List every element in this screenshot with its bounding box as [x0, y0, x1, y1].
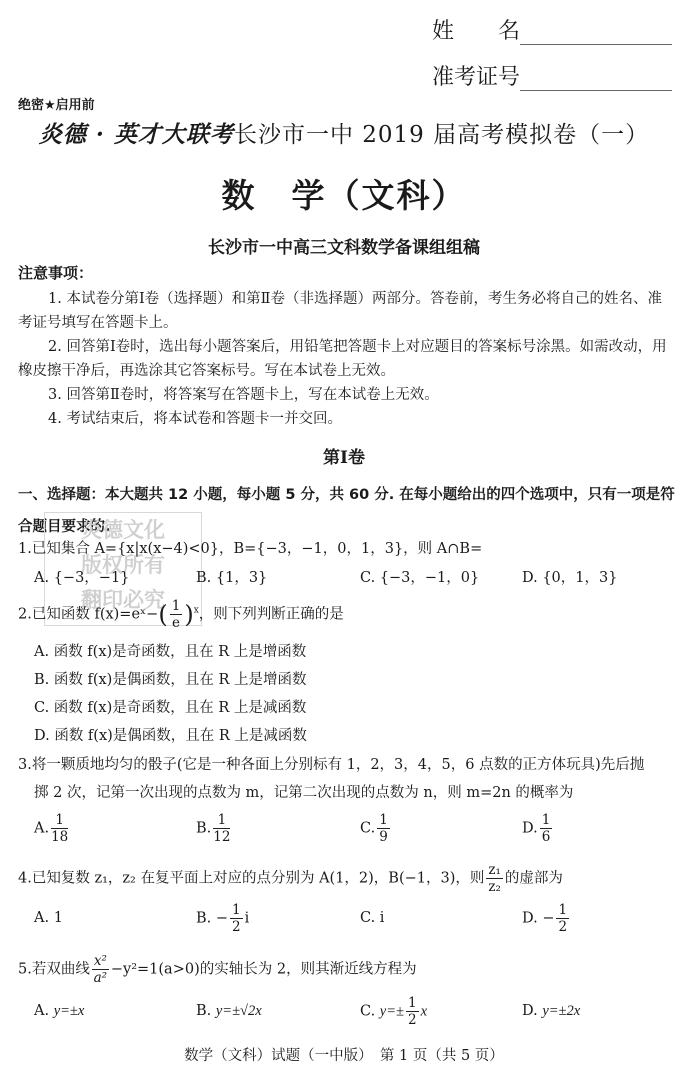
q1-option-b[interactable]: B. {1，3} [196, 566, 267, 587]
q2-option-a[interactable]: A. 函数 f(x)是奇函数，且在 R 上是增函数 [34, 640, 306, 661]
exam-title: 炎德 · 英才大联考长沙市一中 2019 届高考模拟卷（一） [0, 116, 688, 149]
fraction: 118 [51, 812, 68, 845]
numerator: x² [92, 953, 109, 970]
numerator: 1 [377, 812, 390, 829]
notice-heading: 注意事项： [18, 262, 93, 283]
numerator: 1 [170, 598, 183, 615]
denominator: a² [92, 970, 109, 986]
question-number: 3. [18, 757, 32, 773]
numerator: 1 [51, 812, 68, 829]
q2-option-d[interactable]: D. 函数 f(x)是偶函数，且在 R 上是减函数 [34, 724, 307, 745]
volume-label: 第Ⅰ卷 [0, 443, 688, 468]
q5-option-a[interactable]: A. y=±x [34, 1003, 84, 1020]
option-text: 1 [54, 910, 63, 926]
subject-title: 数 学（文科） [0, 170, 688, 217]
numerator: 1 [540, 812, 553, 829]
notice-item-3: 3. 回答第Ⅱ卷时，将答案写在答题卡上，写在本试卷上无效。 [48, 383, 439, 407]
option-suffix: i [245, 911, 250, 927]
denominator: 2 [556, 919, 569, 935]
question-stem-pre: 已知复数 z₁，z₂ 在复平面上对应的点分别为 A(1，2)，B(−1，3)，则 [32, 871, 485, 887]
denominator: e [170, 615, 183, 631]
q3-option-c[interactable]: C.19 [360, 812, 392, 845]
denominator: 6 [540, 829, 553, 845]
question-number: 4. [18, 871, 32, 887]
denominator: 9 [377, 829, 390, 845]
fraction: 19 [377, 812, 390, 845]
question-3-line-2: 掷 2 次，记第一次出现的点数为 m，记第二次出现的点数为 n，则 m=2n 的… [34, 781, 573, 802]
exam-id-field[interactable]: 准考证号 [432, 60, 672, 91]
question-3: 3.将一颗质地均匀的骰子(它是一种各面上分别标有 1，2，3，4，5，6 点数的… [18, 753, 644, 774]
numerator: 1 [230, 902, 243, 919]
notice-item-2: 2. 回答第Ⅰ卷时，选出每小题答案后，用铅笔把答题卡上对应题目的答案标号涂黑。如… [18, 335, 674, 383]
option-text: y=±x [54, 1003, 85, 1019]
denominator: 18 [51, 829, 68, 845]
fraction: x²a² [92, 953, 109, 986]
question-2: 2.已知函数 f(x)=eˣ−(1e)x，则下列判断正确的是 [18, 598, 344, 631]
question-5: 5.若双曲线x²a²−y²=1(a>0)的实轴长为 2，则其渐近线方程为 [18, 953, 417, 986]
q3-option-d[interactable]: D.16 [522, 812, 554, 845]
question-stem-pre: 已知函数 f(x)=eˣ− [32, 607, 159, 623]
fraction: z₁z₂ [486, 862, 503, 895]
q1-option-a[interactable]: A. {−3，−1} [34, 566, 129, 587]
page-footer: 数学（文科）试题（一中版） 第 1 页（共 5 页） [0, 1044, 688, 1065]
question-stem-post: ，则下列判断正确的是 [199, 607, 344, 623]
denominator: 2 [406, 1012, 419, 1028]
q2-option-c[interactable]: C. 函数 f(x)是奇函数，且在 R 上是减函数 [34, 696, 306, 717]
name-blank[interactable] [520, 20, 672, 45]
option-label: C. [360, 910, 375, 926]
question-stem: 已知集合 A={x|x(x−4)<0}，B={−3，−1，0，1，3}，则 A∩… [32, 541, 482, 557]
fraction: 12 [230, 902, 243, 935]
question-number: 5. [18, 962, 32, 978]
q5-option-b[interactable]: B. y=±√2x [196, 1003, 262, 1020]
question-stem-line-1: 将一颗质地均匀的骰子(它是一种各面上分别标有 1，2，3，4，5，6 点数的正方… [32, 757, 644, 773]
title-brand: 炎德 · 英才大联考 [39, 121, 234, 148]
option-label: B. [196, 821, 211, 837]
fraction: 12 [406, 995, 419, 1028]
option-label: D. [522, 911, 538, 927]
option-label: D. [522, 821, 538, 837]
secret-label: 绝密★启用前 [18, 94, 95, 113]
q4-option-c[interactable]: C. i [360, 910, 384, 926]
q4-option-b[interactable]: B. −12i [196, 902, 249, 935]
option-label: A. [34, 821, 49, 837]
fraction: 12 [556, 902, 569, 935]
fraction: 16 [540, 812, 553, 845]
option-label: C. [360, 821, 375, 837]
title-rest: 长沙市一中 2019 届高考模拟卷（一） [234, 122, 649, 148]
q1-option-d[interactable]: D. {0，1，3} [522, 566, 617, 587]
option-sign: − [216, 911, 228, 927]
question-stem-post: −y²=1(a>0)的实轴长为 2，则其渐近线方程为 [111, 962, 417, 978]
q3-option-a[interactable]: A.118 [34, 812, 70, 845]
option-label: B. [196, 911, 211, 927]
denominator: 12 [213, 829, 230, 845]
option-label: B. [196, 1003, 211, 1019]
q2-option-b[interactable]: B. 函数 f(x)是偶函数，且在 R 上是增函数 [34, 668, 306, 689]
option-text: i [380, 910, 385, 926]
q4-option-a[interactable]: A. 1 [34, 910, 63, 926]
option-text: y=±√2x [216, 1003, 262, 1019]
numerator: 1 [556, 902, 569, 919]
numerator: 1 [213, 812, 230, 829]
q3-option-b[interactable]: B.112 [196, 812, 232, 845]
question-number: 2. [18, 607, 32, 623]
option-prefix: y=± [380, 1004, 404, 1020]
option-label: D. [522, 1003, 538, 1019]
option-sign: − [542, 911, 554, 927]
author-team: 长沙市一中高三文科数学备课组组稿 [0, 233, 688, 258]
q5-option-c[interactable]: C. y=±12x [360, 995, 427, 1028]
paren-open: ( [158, 601, 167, 629]
numerator: z₁ [486, 862, 503, 879]
numerator: 1 [406, 995, 419, 1012]
name-field[interactable]: 姓 名 [432, 14, 672, 45]
notice-item-1: 1. 本试卷分第Ⅰ卷（选择题）和第Ⅱ卷（非选择题）两部分。答卷前，考生务必将自己… [18, 287, 672, 335]
question-4: 4.已知复数 z₁，z₂ 在复平面上对应的点分别为 A(1，2)，B(−1，3)… [18, 862, 563, 895]
q4-option-d[interactable]: D. −12 [522, 902, 571, 935]
fraction: 1e [170, 598, 183, 631]
exam-id-label: 准考证号 [432, 65, 520, 90]
question-stem-post: 的虚部为 [505, 871, 563, 887]
question-stem-pre: 若双曲线 [32, 962, 90, 978]
option-suffix: x [421, 1004, 427, 1020]
q1-option-c[interactable]: C. {−3，−1，0} [360, 566, 479, 587]
paren-close: ) [184, 601, 193, 629]
q5-option-d[interactable]: D. y=±2x [522, 1003, 580, 1020]
denominator: 2 [230, 919, 243, 935]
notice-item-4: 4. 考试结束后，将本试卷和答题卡一并交回。 [48, 407, 342, 431]
denominator: z₂ [486, 879, 503, 895]
option-label: A. [34, 910, 49, 926]
exam-id-blank[interactable] [520, 66, 672, 91]
option-label: A. [34, 1003, 49, 1019]
question-1: 1.已知集合 A={x|x(x−4)<0}，B={−3，−1，0，1，3}，则 … [18, 537, 482, 558]
name-label: 姓 名 [432, 19, 520, 44]
option-label: C. [360, 1004, 375, 1020]
fraction: 112 [213, 812, 230, 845]
question-number: 1. [18, 541, 32, 557]
option-text: y=±2x [542, 1003, 580, 1019]
